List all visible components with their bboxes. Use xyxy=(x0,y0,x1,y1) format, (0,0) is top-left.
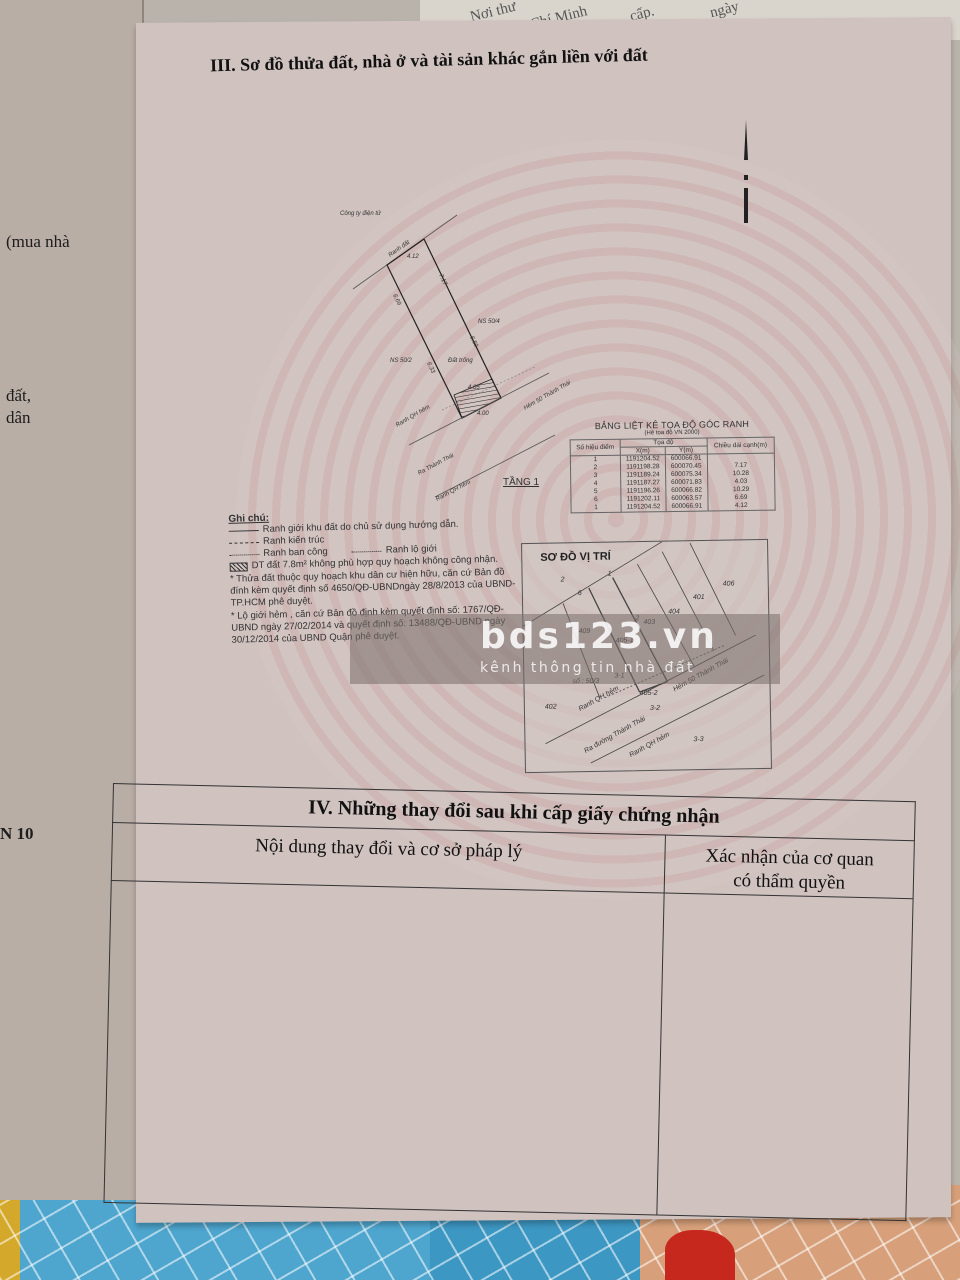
svg-text:Ranh QH hẻm: Ranh QH hẻm xyxy=(628,730,671,759)
svg-text:6.69: 6.69 xyxy=(391,293,402,307)
legend-note: * Thửa đất thuộc quy hoạch khu dân cư hi… xyxy=(230,566,521,610)
svg-text:3-2: 3-2 xyxy=(650,705,660,712)
left-page-fragment: đất, xyxy=(6,386,31,406)
col-point: Số hiệu điểm xyxy=(570,439,620,456)
cell-x: 1191204.52 xyxy=(621,503,666,512)
svg-text:Ra Thành Thái: Ra Thành Thái xyxy=(417,453,455,477)
left-page-fragment: dân xyxy=(6,408,31,428)
background-object xyxy=(665,1230,735,1280)
authority-confirmation-cell xyxy=(657,893,913,1221)
watermark-logo: bds123.vn xyxy=(480,616,718,657)
svg-text:405-2: 405-2 xyxy=(640,690,658,697)
cell-length: 4.12 xyxy=(708,502,776,511)
svg-text:NS 50/2: NS 50/2 xyxy=(390,358,412,364)
svg-text:406: 406 xyxy=(723,580,735,587)
parcel-diagram: Công ty điện tử Ranh đất 4.12 7.17 6.69 … xyxy=(330,195,570,505)
left-page-fragment: N 10 xyxy=(0,824,34,844)
svg-text:Ranh QH hẻm: Ranh QH hẻm xyxy=(435,479,472,503)
cell-point: 1 xyxy=(571,504,621,513)
svg-text:6.33: 6.33 xyxy=(425,361,436,375)
location-map-title: SƠ ĐỒ VỊ TRÍ xyxy=(540,551,611,564)
svg-text:Ranh QH hẻm: Ranh QH hẻm xyxy=(395,403,432,428)
hatch-swatch-icon xyxy=(230,562,248,571)
change-content-cell xyxy=(104,880,665,1214)
svg-text:4.05: 4.05 xyxy=(468,385,480,391)
svg-text:4.00: 4.00 xyxy=(477,411,489,417)
svg-text:Đất trống: Đất trống xyxy=(448,357,473,364)
svg-text:401: 401 xyxy=(693,594,705,601)
north-arrow-icon xyxy=(740,120,752,225)
coordinate-table: BẢNG LIỆT KÊ TỌA ĐỘ GÓC RANH (Hệ tọa độ … xyxy=(569,419,775,514)
left-page-fragment: (mua nhà xyxy=(6,232,70,252)
svg-text:402: 402 xyxy=(545,704,557,711)
svg-text:NS 50/4: NS 50/4 xyxy=(478,319,500,325)
svg-text:2: 2 xyxy=(560,576,565,583)
svg-text:Hẻm 50 Thành Thái: Hẻm 50 Thành Thái xyxy=(523,379,571,412)
svg-text:3-3: 3-3 xyxy=(693,736,703,743)
svg-text:1: 1 xyxy=(608,571,612,578)
section4-changes-table: IV. Những thay đổi sau khi cấp giấy chứn… xyxy=(103,783,915,1221)
svg-text:4.12: 4.12 xyxy=(407,254,419,260)
watermark: bds123.vn kênh thông tin nhà đất xyxy=(350,614,780,684)
watermark-tagline: kênh thông tin nhà đất xyxy=(480,660,695,676)
col-authority-confirmation: Xác nhận của cơ quan có thẩm quyền xyxy=(665,835,915,899)
svg-text:TẦNG 1: TẦNG 1 xyxy=(503,475,540,488)
cell-y: 600066.91 xyxy=(666,503,708,512)
col-length: Chiều dài cạnh(m) xyxy=(707,437,775,454)
svg-text:Công ty điện tử: Công ty điện tử xyxy=(340,210,382,217)
svg-text:6: 6 xyxy=(578,590,582,597)
svg-text:6.59: 6.59 xyxy=(468,335,479,349)
